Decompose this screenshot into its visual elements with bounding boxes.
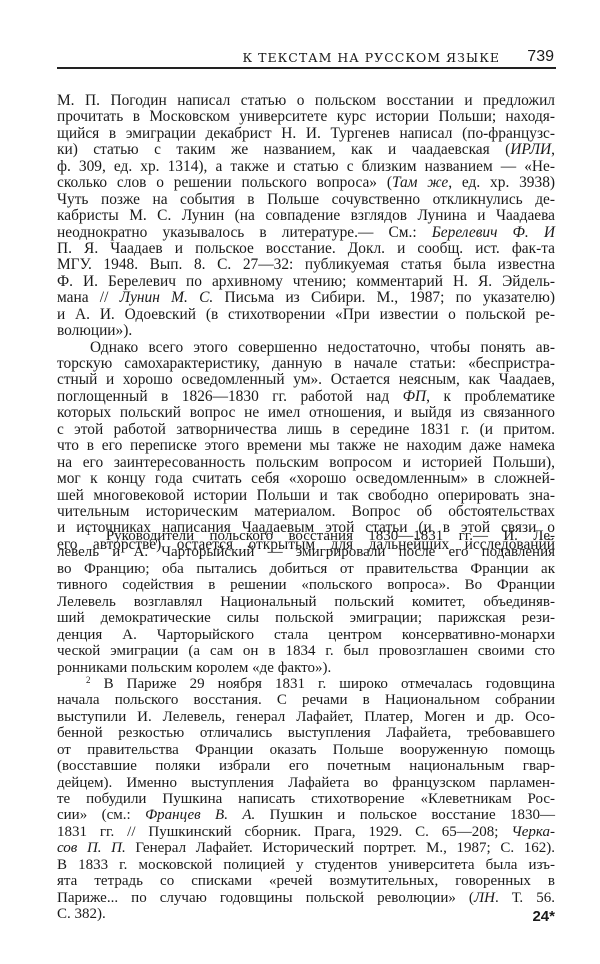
footnote-line: ший демократические силы польской эмигра… <box>57 610 555 626</box>
text-line: М. П. Погодин написал статью о польском … <box>57 93 555 109</box>
text-line: шей многовековой истории Польши и так св… <box>57 488 555 504</box>
text-line: мана // Лунин М. С. Письма из Сибири. М.… <box>57 290 555 306</box>
footnotes: 1 Руководители польского восстания 1830—… <box>57 528 555 923</box>
footnote-line: бенной резкостью отличались выступления … <box>57 725 555 741</box>
footnote-line: сии» (см.: Францев В. А. Пушкин и польск… <box>57 807 555 823</box>
text-line: мог к концу года считать себя «хорошо ос… <box>57 471 555 487</box>
text-line: торскую самохарактеристику, данную в нач… <box>57 356 555 372</box>
footnote-line: (восставшие поляки избрали его почетным … <box>57 758 555 774</box>
text-line: поглощенный в 1826—1830 гг. работой над … <box>57 389 555 405</box>
footnote-line: В 1833 г. московской полицией у студенто… <box>57 857 555 873</box>
footnote-line: Лелевель возглавлял Национальный польски… <box>57 594 555 610</box>
footnote-line: левель и А. Чарторыйский — эмигрировали … <box>57 544 555 560</box>
footnote-line: выступили И. Лелевель, генерал Лафайет, … <box>57 709 555 725</box>
text-line: кабристы М. С. Лунин (на совпадение взгл… <box>57 208 555 224</box>
footnote-line: начала польского восстания. С речами в Н… <box>57 692 555 708</box>
text-line: сколько слов о решении польского вопроса… <box>57 175 555 191</box>
text-line: неоднократно указывалось в литературе.— … <box>57 225 555 241</box>
text-line: Чуть позже на события в Польше сочувстве… <box>57 192 555 208</box>
text-line: чительным историческим материалом. Вопро… <box>57 504 555 520</box>
footnote-line: ронниками польским королем «де факто»). <box>57 660 555 676</box>
page-number: 739 <box>527 48 554 66</box>
text-line: прочитать в Московском университете курс… <box>57 109 555 125</box>
footnote-line: тивного содействия в решении «польского … <box>57 577 555 593</box>
footnote-line: ческой эмиграции (а сам он в 1834 г. был… <box>57 643 555 659</box>
text-line: Ф. И. Берелевич по архивному чтению; ком… <box>57 274 555 290</box>
text-line: волюции»). <box>57 323 555 339</box>
text-line: с этой работой затворничества лишь в сер… <box>57 422 555 438</box>
footnote-line: С. 382). <box>57 906 555 922</box>
text-line: стный и хорошо осведомленный ум». Остает… <box>57 372 555 388</box>
footnote-marker: 1 <box>86 527 91 537</box>
text-line: МГУ. 1948. Вып. 8. С. 27—32: публикуемая… <box>57 257 555 273</box>
text-line: ки) статью с таким же названием, как и ч… <box>57 142 555 158</box>
footnote-marker: 2 <box>86 675 91 685</box>
text-line: что в его переписке этого времени мы так… <box>57 438 555 454</box>
text-line: которых польский вопрос не имел отношени… <box>57 405 555 421</box>
running-head: К ТЕКСТАМ НА РУССКОМ ЯЗЫКЕ 739 <box>57 44 555 66</box>
signature-mark: 24* <box>532 908 555 925</box>
text-line: и А. И. Одоевский (в стихотворении «При … <box>57 307 555 323</box>
header-rule <box>57 67 556 69</box>
footnote-line: 1831 гг. // Пушкинский сборник. Прага, 1… <box>57 824 555 840</box>
footnote-2-first-line: 2 В Париже 29 ноября 1831 г. широко отме… <box>57 676 555 692</box>
paragraph-start-line: Однако всего этого совершенно недостаточ… <box>57 340 555 356</box>
text-line: щийся в эмиграции декабрист Н. И. Турген… <box>57 126 555 142</box>
footnote-line: те побудили Пушкина написать стихотворен… <box>57 791 555 807</box>
footnote-line: Париже... по случаю годовщины польской р… <box>57 890 555 906</box>
running-title: К ТЕКСТАМ НА РУССКОМ ЯЗЫКЕ <box>242 50 500 65</box>
footnote-line: во Францию; оба пытались добиться от пра… <box>57 561 555 577</box>
footnote-line: сов П. П. Генерал Лафайет. Исторический … <box>57 840 555 856</box>
text-line: ф. 309, ед. хр. 1314), а также и статью … <box>57 159 555 175</box>
footnote-line: денция А. Чарторыйского стала центром ко… <box>57 627 555 643</box>
main-text: М. П. Погодин написал статью о польском … <box>57 93 555 553</box>
footnote-1-first-line: 1 Руководители польского восстания 1830—… <box>57 528 555 544</box>
footnote-line: от правительства Франции оказать Польше … <box>57 742 555 758</box>
footnote-line: дейцем). Именно выступления Лафайета во … <box>57 775 555 791</box>
footnote-line: ята тетрадь со списками «речей возмутите… <box>57 873 555 889</box>
text-line: П. Я. Чаадаев и польское восстание. Докл… <box>57 241 555 257</box>
text-line: на его заинтересованность польским вопро… <box>57 455 555 471</box>
